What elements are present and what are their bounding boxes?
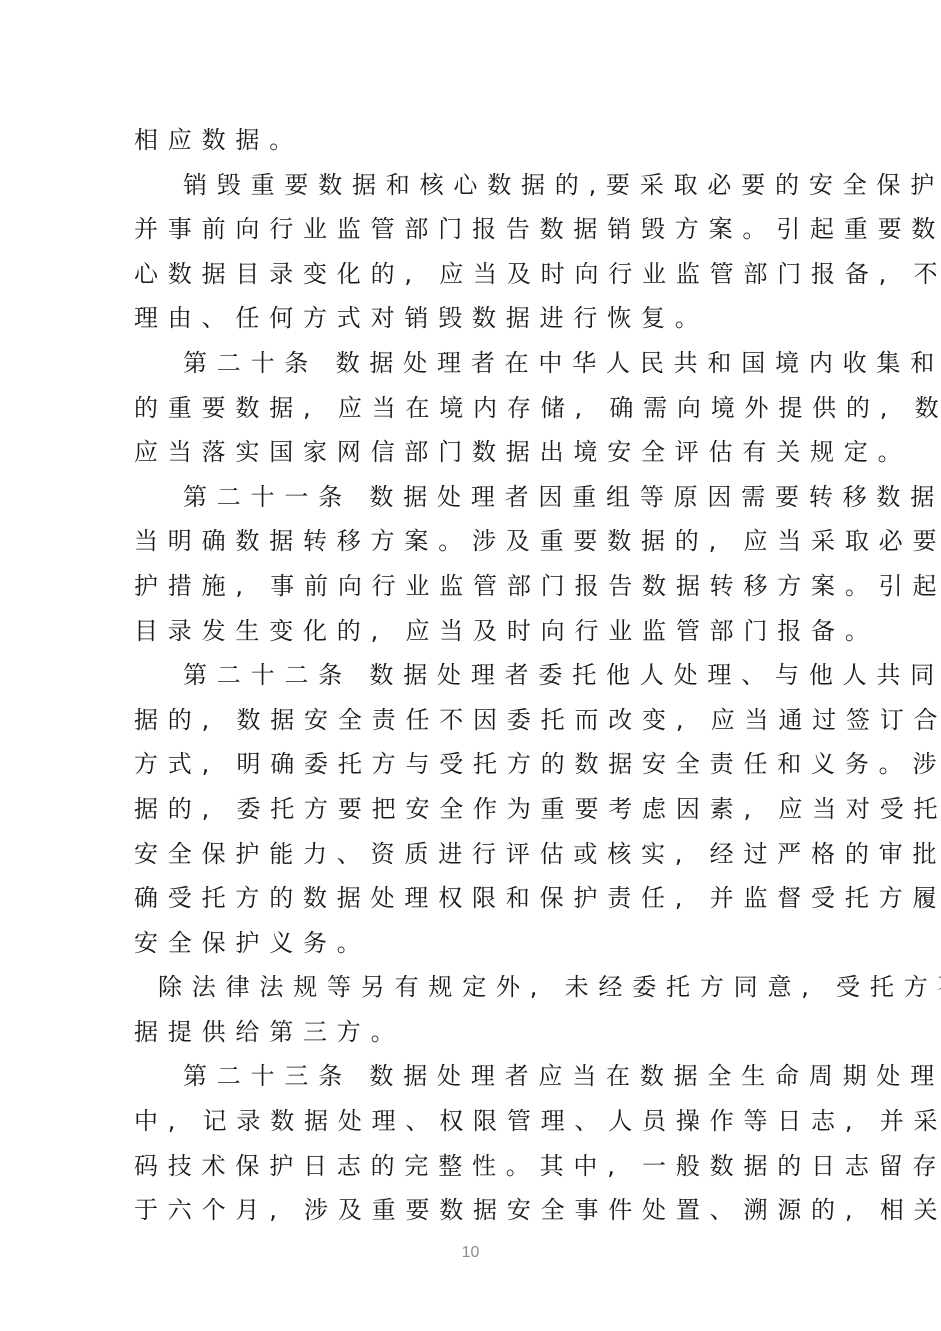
text-line: 据提供给第三方。	[134, 1010, 824, 1055]
text-line: 心数据目录变化的, 应当及时向行业监管部门报备, 不得以任何	[134, 252, 824, 297]
document-body: 相应数据。 销毁重要数据和核心数据的,要采取必要的安全保护措施, 并事前向行业监…	[134, 118, 824, 1233]
text-line: 据的, 数据安全责任不因委托而改变, 应当通过签订合同协议等	[134, 698, 824, 743]
text-line: 安全保护能力、资质进行评估或核实, 经过严格的审批程序, 明	[134, 832, 824, 877]
text-line: 目录发生变化的, 应当及时向行业监管部门报备。	[134, 609, 824, 654]
article-22-heading-line: 第二十二条 数据处理者委托他人处理、与他人共同处理数	[134, 653, 824, 698]
text-line: 应当落实国家网信部门数据出境安全评估有关规定。	[134, 430, 824, 475]
text-line: 确受托方的数据处理权限和保护责任, 并监督受托方履行数据	[134, 876, 824, 921]
text-line: 安全保护义务。	[134, 921, 824, 966]
paragraph-start-line: 销毁重要数据和核心数据的,要采取必要的安全保护措施,	[134, 163, 824, 208]
text-line: 据的, 委托方要把安全作为重要考虑因素, 应当对受托方的数据	[134, 787, 824, 832]
text-line: 中, 记录数据处理、权限管理、人员操作等日志, 并采用商用密	[134, 1099, 824, 1144]
text-line: 的重要数据, 应当在境内存储, 确需向境外提供的, 数据处理者	[134, 386, 824, 431]
text-line: 相应数据。	[134, 118, 824, 163]
text-line: 理由、任何方式对销毁数据进行恢复。	[134, 296, 824, 341]
page-number: 10	[0, 1244, 941, 1262]
text-line: 码技术保护日志的完整性。其中, 一般数据的日志留存时间不少	[134, 1144, 824, 1189]
paragraph-start-line: 除法律法规等另有规定外, 未经委托方同意, 受托方不得将数	[134, 965, 824, 1010]
text-line: 方式, 明确委托方与受托方的数据安全责任和义务。涉及重要数	[134, 742, 824, 787]
article-20-heading-line: 第二十条 数据处理者在中华人民共和国境内收集和产生	[134, 341, 824, 386]
text-line: 护措施, 事前向行业监管部门报告数据转移方案。引起重要数据	[134, 564, 824, 609]
article-21-heading-line: 第二十一条 数据处理者因重组等原因需要转移数据的, 应	[134, 475, 824, 520]
text-line: 并事前向行业监管部门报告数据销毁方案。引起重要数据和核	[134, 207, 824, 252]
text-line: 当明确数据转移方案。涉及重要数据的, 应当采取必要的安全保	[134, 519, 824, 564]
text-line: 于六个月, 涉及重要数据安全事件处置、溯源的, 相关日志留存	[134, 1188, 824, 1233]
article-23-heading-line: 第二十三条 数据处理者应当在数据全生命周期处理过程	[134, 1054, 824, 1099]
